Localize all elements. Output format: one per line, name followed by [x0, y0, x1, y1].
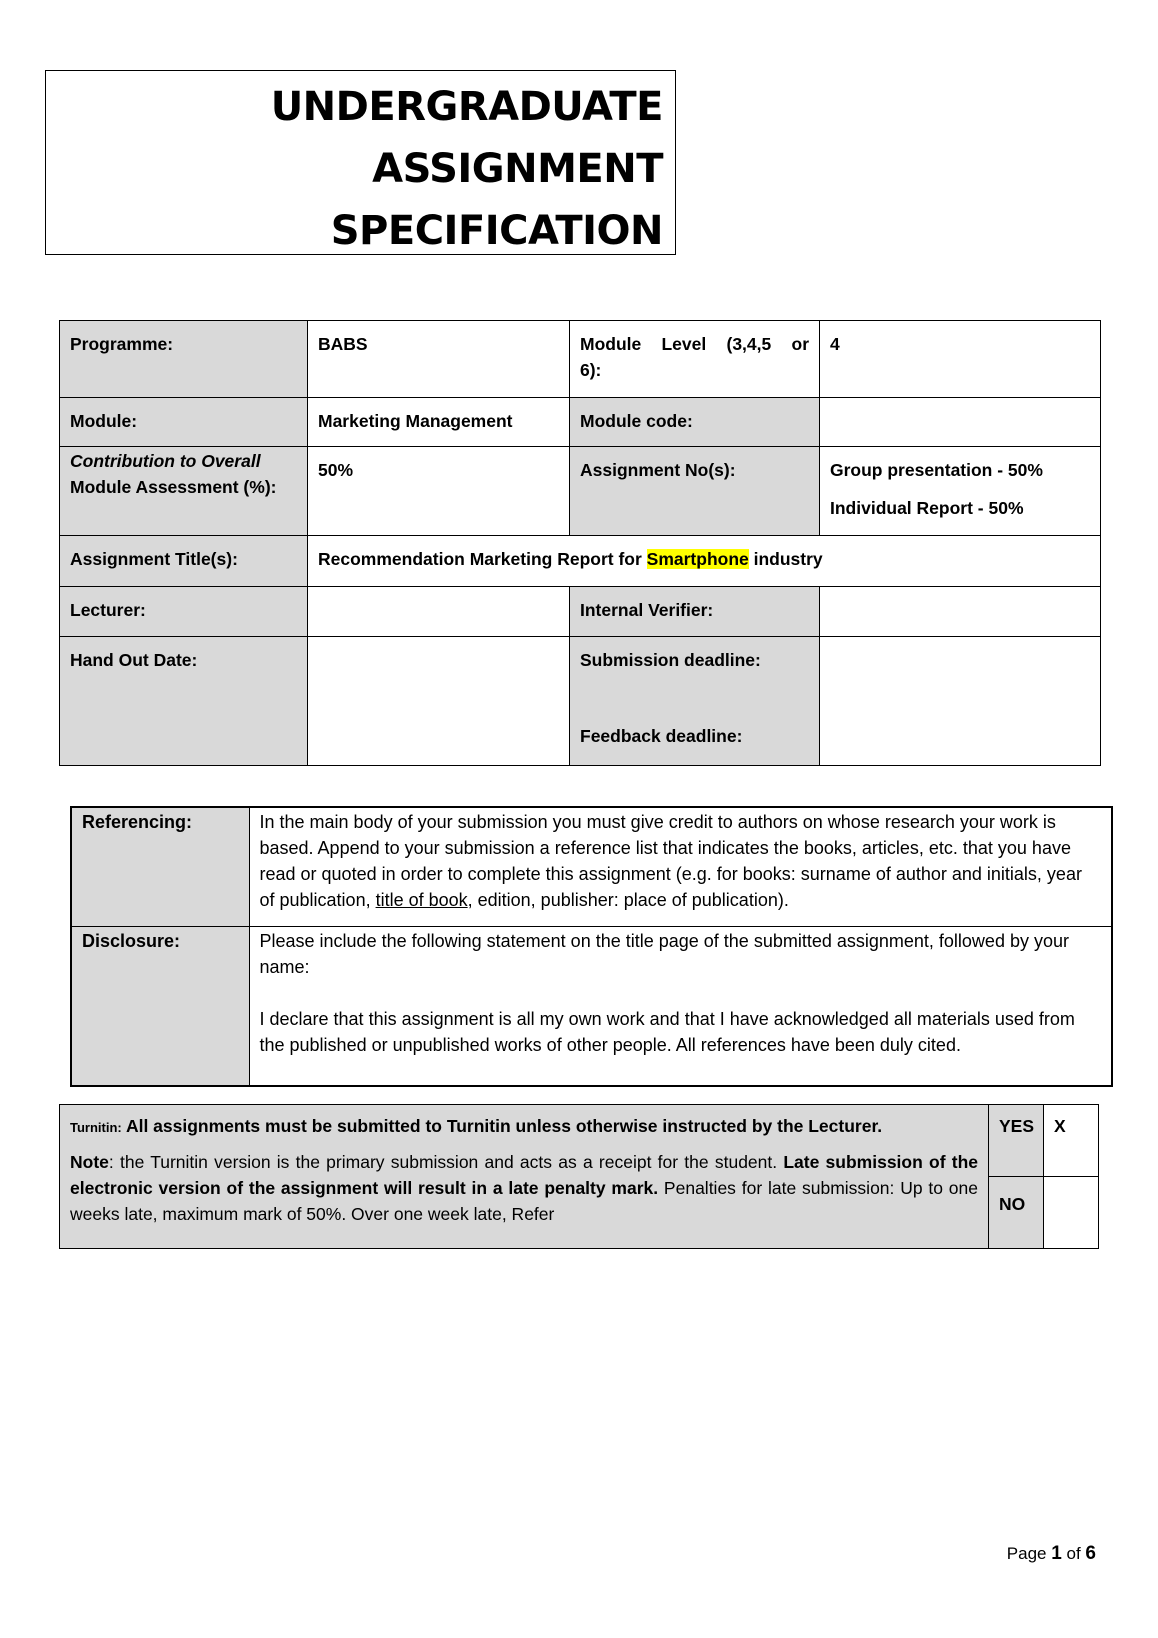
programme-value: BABS — [308, 321, 570, 398]
assignment-title-value: Recommendation Marketing Report for Smar… — [308, 536, 1101, 587]
internal-verifier-label: Internal Verifier: — [570, 587, 820, 637]
assignment-no-label: Assignment No(s): — [570, 447, 820, 536]
current-page: 1 — [1051, 1543, 1062, 1564]
yes-label: YES — [989, 1105, 1044, 1177]
note-label: Note — [70, 1152, 109, 1172]
assignment-no-group: Group presentation - 50% — [830, 457, 1090, 483]
module-level-label-line2: 6): — [580, 357, 809, 383]
turnitin-headline: Turnitin: All assignments must be submit… — [70, 1113, 978, 1141]
no-label: NO — [989, 1177, 1044, 1249]
module-level-label: Module Level (3,4,5 or 6): — [570, 321, 820, 398]
note-text: : the Turnitin version is the primary su… — [109, 1152, 783, 1172]
turnitin-instructions: Turnitin: All assignments must be submit… — [60, 1105, 989, 1249]
of-word: of — [1062, 1544, 1086, 1563]
table-row: Programme: BABS Module Level (3,4,5 or 6… — [60, 321, 1101, 398]
title-line-1: UNDERGRADUATE — [271, 87, 663, 127]
submission-deadline-label: Submission deadline: — [580, 647, 809, 673]
lecturer-value — [308, 587, 570, 637]
turnitin-headline-text: All assignments must be submitted to Tur… — [122, 1116, 882, 1136]
module-label: Module: — [60, 398, 308, 447]
lecturer-label: Lecturer: — [60, 587, 308, 637]
document-title-box: UNDERGRADUATE ASSIGNMENT SPECIFICATION — [45, 70, 676, 255]
programme-label: Programme: — [60, 321, 308, 398]
title-line-2: ASSIGNMENT — [372, 149, 663, 189]
contribution-label-italic: Contribution to Overall — [70, 448, 297, 474]
disclosure-label: Disclosure: — [71, 926, 249, 1086]
referencing-text-underlined: title of book — [376, 890, 468, 910]
total-pages: 6 — [1085, 1543, 1096, 1564]
table-row: Hand Out Date: Submission deadline: Feed… — [60, 637, 1101, 766]
disclosure-text: Please include the following statement o… — [249, 926, 1112, 1086]
table-row: Disclosure: Please include the following… — [71, 926, 1112, 1086]
turnitin-table: Turnitin: All assignments must be submit… — [59, 1104, 1099, 1249]
disclosure-intro: Please include the following statement o… — [260, 928, 1102, 980]
no-value — [1044, 1177, 1099, 1249]
contribution-label-rest: Module Assessment (%): — [70, 474, 297, 500]
turnitin-note: Note: the Turnitin version is the primar… — [70, 1149, 978, 1227]
hand-out-date-label: Hand Out Date: — [60, 637, 308, 766]
table-row: Referencing: In the main body of your su… — [71, 807, 1112, 926]
assignment-title-highlight: Smartphone — [647, 549, 749, 569]
deadlines-labels: Submission deadline: Feedback deadline: — [570, 637, 820, 766]
yes-value: X — [1044, 1105, 1099, 1177]
internal-verifier-value — [820, 587, 1101, 637]
module-value: Marketing Management — [308, 398, 570, 447]
policy-table: Referencing: In the main body of your su… — [70, 806, 1113, 1087]
module-code-value — [820, 398, 1101, 447]
table-row: Module: Marketing Management Module code… — [60, 398, 1101, 447]
module-code-label: Module code: — [570, 398, 820, 447]
assignment-title-label: Assignment Title(s): — [60, 536, 308, 587]
table-row: Turnitin: All assignments must be submit… — [60, 1105, 1099, 1177]
assignment-title-before: Recommendation Marketing Report for — [318, 549, 647, 569]
assignment-info-table: Programme: BABS Module Level (3,4,5 or 6… — [59, 320, 1101, 766]
table-row: Lecturer: Internal Verifier: — [60, 587, 1101, 637]
assignment-no-individual: Individual Report - 50% — [830, 495, 1090, 521]
page-number: Page 1 of 6 — [1007, 1543, 1096, 1565]
table-row: Assignment Title(s): Recommendation Mark… — [60, 536, 1101, 587]
deadlines-values — [820, 637, 1101, 766]
table-row: Contribution to Overall Module Assessmen… — [60, 447, 1101, 536]
hand-out-date-value — [308, 637, 570, 766]
contribution-value: 50% — [308, 447, 570, 536]
page-word: Page — [1007, 1544, 1051, 1563]
title-line-3: SPECIFICATION — [331, 211, 663, 251]
module-level-value: 4 — [820, 321, 1101, 398]
referencing-text-after: , edition, publisher: place of publicati… — [468, 890, 789, 910]
assignment-no-values: Group presentation - 50% Individual Repo… — [820, 447, 1101, 536]
contribution-label: Contribution to Overall Module Assessmen… — [60, 447, 308, 536]
assignment-title-after: industry — [749, 549, 823, 569]
feedback-deadline-label: Feedback deadline: — [580, 723, 809, 749]
turnitin-prefix: Turnitin: — [70, 1120, 122, 1135]
referencing-label: Referencing: — [71, 807, 249, 926]
referencing-text: In the main body of your submission you … — [249, 807, 1112, 926]
disclosure-statement: I declare that this assignment is all my… — [260, 1006, 1102, 1058]
module-level-label-line1: Module Level (3,4,5 or — [580, 331, 809, 357]
